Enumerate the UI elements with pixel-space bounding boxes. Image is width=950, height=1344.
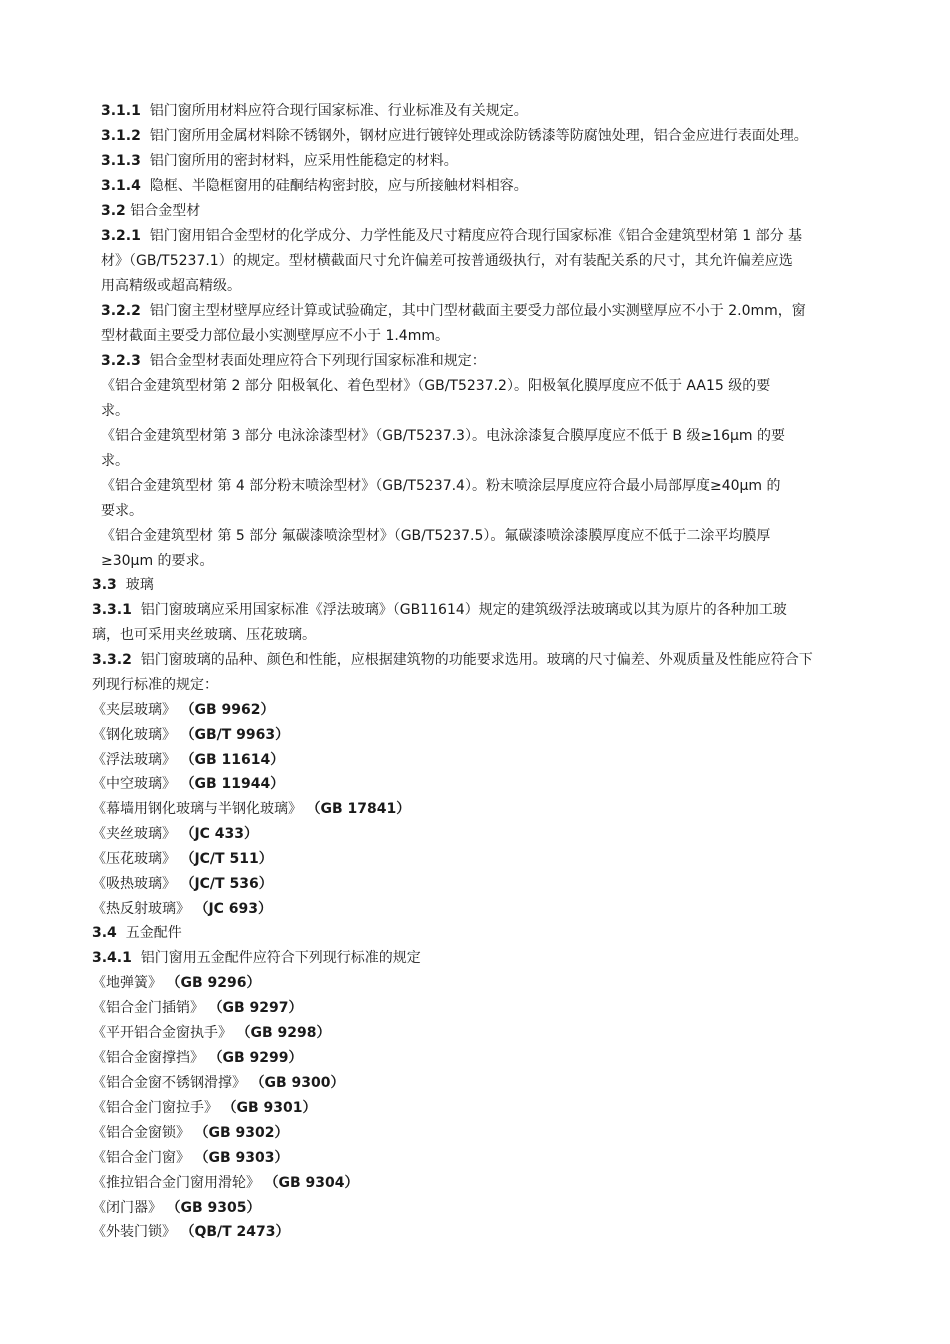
clause-3-3-1-line-1: 3.3.1 铝门窗玻璃应采用国家标准《浮法玻璃》（GB11614）规定的建筑级浮… (92, 600, 787, 620)
clause-number: 3.3.1 (92, 602, 132, 618)
clause-3-3-1-line-2: 璃，也可采用夹丝玻璃、压花玻璃。 (92, 625, 316, 645)
clause-text: 铝门窗所用材料应符合现行国家标准、行业标准及有关规定。 (150, 103, 528, 119)
glass-standard-item: 《中空玻璃》 （GB 11944） (92, 774, 284, 794)
hardware-standard-item: 《推拉铝合金门窗用滑轮》 （GB 9304） (92, 1173, 358, 1193)
finish-standard-anodized-line-2: 求。 (101, 401, 129, 421)
hardware-standard-item: 《铝合金门窗拉手》 （GB 9301） (92, 1098, 316, 1118)
finish-standard-electrophoretic-line-1: 《铝合金建筑型材第 3 部分 电泳涂漆型材》（GB/T5237.3）。电泳涂漆复… (101, 426, 785, 446)
clause-3-2-2-line-2: 型材截面主要受力部位最小实测壁厚应不小于 1.4mm。 (101, 326, 449, 346)
glass-standard-item: 《夹层玻璃》 （GB 9962） (92, 700, 274, 720)
glass-standard-item: 《幕墙用钢化玻璃与半钢化玻璃》 （GB 17841） (92, 799, 410, 819)
clause-3-4-1: 3.4.1 铝门窗用五金配件应符合下列现行标准的规定 (92, 948, 421, 968)
clause-text: 铝门窗用五金配件应符合下列现行标准的规定 (141, 950, 421, 966)
clause-text: 铝门窗主型材壁厚应经计算或试验确定，其中门型材截面主要受力部位最小实测壁厚应不小… (150, 303, 806, 319)
section-3-4-heading: 3.4 五金配件 (92, 923, 182, 943)
clause-3-3-2-line-1: 3.3.2 铝门窗玻璃的品种、颜色和性能，应根据建筑物的功能要求选用。玻璃的尺寸… (92, 650, 813, 670)
clause-text: 铝门窗玻璃的品种、颜色和性能，应根据建筑物的功能要求选用。玻璃的尺寸偏差、外观质… (141, 652, 813, 668)
clause-number: 3.1.4 (101, 178, 141, 194)
section-title: 五金配件 (126, 925, 182, 941)
hardware-standard-item: 《平开铝合金窗执手》 （GB 9298） (92, 1023, 330, 1043)
clause-3-1-3: 3.1.3 铝门窗所用的密封材料，应采用性能稳定的材料。 (101, 151, 458, 171)
clause-3-2-3: 3.2.3 铝合金型材表面处理应符合下列现行国家标准和规定： (101, 351, 486, 371)
hardware-standard-item: 《铝合金窗不锈钢滑撑》 （GB 9300） (92, 1073, 344, 1093)
clause-3-2-1-line-2: 材》（GB/T5237.1）的规定。型材横截面尺寸允许偏差可按普通级执行，对有装… (101, 251, 793, 271)
section-number: 3.3 (92, 577, 117, 593)
clause-text: 铝合金型材表面处理应符合下列现行国家标准和规定： (150, 353, 486, 369)
hardware-standard-item: 《铝合金窗锁》 （GB 9302） (92, 1123, 288, 1143)
glass-standard-item: 《夹丝玻璃》 （JC 433） (92, 824, 258, 844)
glass-standard-item: 《吸热玻璃》 （JC/T 536） (92, 874, 273, 894)
glass-standard-item: 《浮法玻璃》 （GB 11614） (92, 750, 284, 770)
section-title: 铝合金型材 (130, 203, 200, 219)
clause-number: 3.1.3 (101, 153, 141, 169)
clause-number: 3.1.2 (101, 128, 141, 144)
clause-text: 铝门窗所用金属材料除不锈钢外，钢材应进行镀锌处理或涂防锈漆等防腐蚀处理，铝合金应… (150, 128, 808, 144)
clause-number: 3.3.2 (92, 652, 132, 668)
clause-number: 3.2.3 (101, 353, 141, 369)
section-number: 3.2 (101, 203, 126, 219)
clause-3-1-2: 3.1.2 铝门窗所用金属材料除不锈钢外，钢材应进行镀锌处理或涂防锈漆等防腐蚀处… (101, 126, 808, 146)
hardware-standard-item: 《外装门锁》 （QB/T 2473） (92, 1222, 290, 1242)
clause-number: 3.1.1 (101, 103, 141, 119)
clause-3-1-4: 3.1.4 隐框、半隐框窗用的硅酮结构密封胶，应与所接触材料相容。 (101, 176, 528, 196)
hardware-standard-item: 《铝合金窗撑挡》 （GB 9299） (92, 1048, 302, 1068)
finish-standard-powder-line-1: 《铝合金建筑型材 第 4 部分粉末喷涂型材》（GB/T5237.4）。粉末喷涂层… (101, 476, 781, 496)
clause-number: 3.4.1 (92, 950, 132, 966)
section-3-3-heading: 3.3 玻璃 (92, 575, 154, 595)
clause-3-1-1: 3.1.1 铝门窗所用材料应符合现行国家标准、行业标准及有关规定。 (101, 101, 528, 121)
clause-3-2-1-line-1: 3.2.1 铝门窗用铝合金型材的化学成分、力学性能及尺寸精度应符合现行国家标准《… (101, 226, 802, 246)
clause-3-2-2-line-1: 3.2.2 铝门窗主型材壁厚应经计算或试验确定，其中门型材截面主要受力部位最小实… (101, 301, 806, 321)
clause-text: 铝门窗玻璃应采用国家标准《浮法玻璃》（GB11614）规定的建筑级浮法玻璃或以其… (141, 602, 787, 618)
finish-standard-fluorocarbon-line-1: 《铝合金建筑型材 第 5 部分 氟碳漆喷涂型材》（GB/T5237.5）。氟碳漆… (101, 526, 770, 546)
glass-standard-item: 《钢化玻璃》 （GB/T 9963） (92, 725, 289, 745)
hardware-standard-item: 《地弹簧》 （GB 9296） (92, 973, 260, 993)
clause-3-3-2-line-2: 列现行标准的规定： (92, 675, 218, 695)
hardware-standard-item: 《闭门器》 （GB 9305） (92, 1198, 260, 1218)
glass-standard-item: 《热反射玻璃》 （JC 693） (92, 899, 272, 919)
finish-standard-fluorocarbon-line-2: ≥30μm 的要求。 (101, 551, 214, 571)
glass-standard-item: 《压花玻璃》 （JC/T 511） (92, 849, 273, 869)
clause-text: 隐框、半隐框窗用的硅酮结构密封胶，应与所接触材料相容。 (150, 178, 528, 194)
finish-standard-anodized-line-1: 《铝合金建筑型材第 2 部分 阳极氧化、着色型材》（GB/T5237.2）。阳极… (101, 376, 770, 396)
clause-text: 铝门窗用铝合金型材的化学成分、力学性能及尺寸精度应符合现行国家标准《铝合金建筑型… (150, 228, 802, 244)
section-3-2-heading: 3.2 铝合金型材 (101, 201, 200, 221)
clause-number: 3.2.2 (101, 303, 141, 319)
finish-standard-powder-line-2: 要求。 (101, 501, 143, 521)
clause-3-2-1-line-3: 用高精级或超高精级。 (101, 276, 241, 296)
document-page: 3.1.1 铝门窗所用材料应符合现行国家标准、行业标准及有关规定。 3.1.2 … (0, 0, 950, 1344)
finish-standard-electrophoretic-line-2: 求。 (101, 451, 129, 471)
section-title: 玻璃 (126, 577, 154, 593)
hardware-standard-item: 《铝合金门窗》 （GB 9303） (92, 1148, 288, 1168)
clause-number: 3.2.1 (101, 228, 141, 244)
section-number: 3.4 (92, 925, 117, 941)
hardware-standard-item: 《铝合金门插销》 （GB 9297） (92, 998, 302, 1018)
clause-text: 铝门窗所用的密封材料，应采用性能稳定的材料。 (150, 153, 458, 169)
